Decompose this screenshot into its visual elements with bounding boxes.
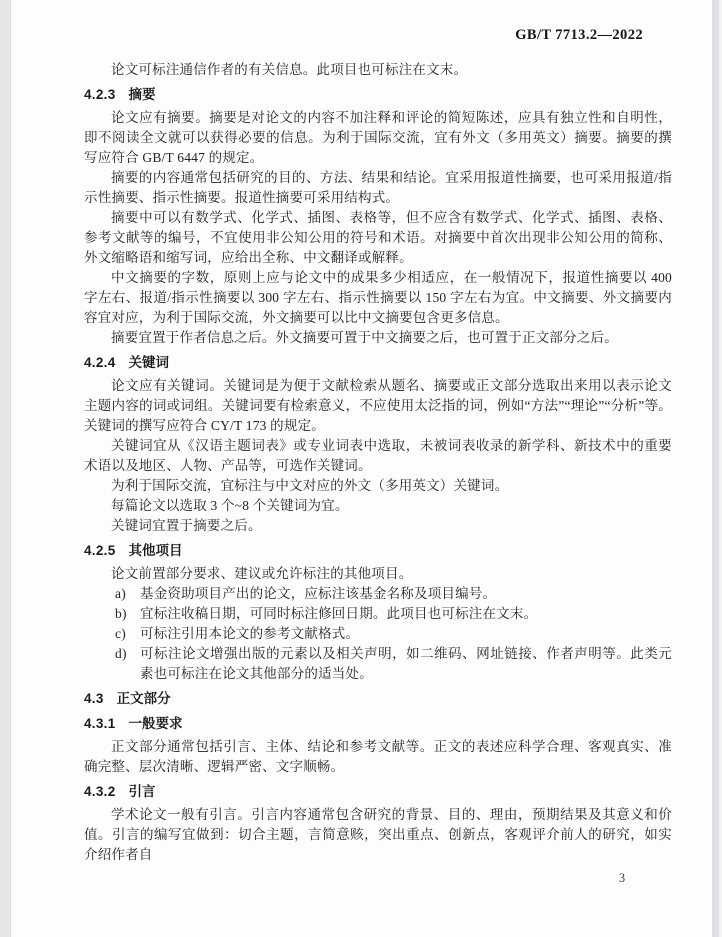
section-heading: 4.3正文部分 <box>84 689 672 709</box>
list-item-label: d) <box>115 644 127 664</box>
list-item: a)基金资助项目产出的论文，应标注该基金名称及项目编号。 <box>84 584 672 604</box>
section-heading: 4.3.1一般要求 <box>84 714 672 734</box>
section-heading: 4.2.3摘要 <box>84 85 672 105</box>
list-item-text: 宜标注收稿日期，可同时标注修回日期。此项目也可标注在文末。 <box>140 606 537 621</box>
section-number: 4.2.3 <box>84 85 116 105</box>
list-item-text: 可标注引用本论文的参考文献格式。 <box>140 626 359 641</box>
body-paragraph: 摘要中可以有数学式、化学式、插图、表格等，但不应含有数学式、化学式、插图、表格、… <box>84 208 672 268</box>
list-item: d)可标注论文增强出版的元素以及相关声明，如二维码、网址链接、作者声明等。此类元… <box>84 644 672 684</box>
section-title: 摘要 <box>129 87 156 102</box>
standard-number-header: GB/T 7713.2—2022 <box>515 27 643 44</box>
scan-edge-right <box>712 0 719 937</box>
section-title: 一般要求 <box>129 716 183 731</box>
body-paragraph: 摘要宜置于作者信息之后。外文摘要可置于中文摘要之后，也可置于正文部分之后。 <box>84 328 672 348</box>
body-paragraph: 关键词宜置于摘要之后。 <box>84 516 672 536</box>
list-item-text: 可标注论文增强出版的元素以及相关声明，如二维码、网址链接、作者声明等。此类元素也… <box>140 646 672 681</box>
body-paragraph: 正文部分通常包括引言、主体、结论和参考文献等。正文的表述应科学合理、客观真实、准… <box>84 737 672 777</box>
page-number: 3 <box>611 871 633 886</box>
list-item-label: b) <box>115 604 127 624</box>
list-item-label: a) <box>115 584 126 604</box>
body-paragraph: 摘要的内容通常包括研究的目的、方法、结果和结论。宜采用报道性摘要，也可采用报道/… <box>84 168 672 208</box>
section-title: 正文部分 <box>117 691 171 706</box>
section-heading: 4.2.5其他项目 <box>84 541 672 561</box>
body-paragraph: 每篇论文以选取 3 个~8 个关键词为宜。 <box>84 496 672 516</box>
section-number: 4.3.1 <box>84 714 116 734</box>
section-number: 4.3.2 <box>84 782 116 802</box>
body-paragraph: 学术论文一般有引言。引言内容通常包含研究的背景、目的、理由，预期结果及其意义和价… <box>84 805 672 865</box>
section-number: 4.2.5 <box>84 541 116 561</box>
body-paragraph: 论文应有关键词。关键词是为便于文献检索从题名、摘要或正文部分选取出来用以表示论文… <box>84 376 672 436</box>
section-number: 4.2.4 <box>84 353 116 373</box>
body-paragraph: 论文前置部分要求、建议或允许标注的其他项目。 <box>84 564 672 584</box>
list-item: b)宜标注收稿日期，可同时标注修回日期。此项目也可标注在文末。 <box>84 604 672 624</box>
document-body: 论文可标注通信作者的有关信息。此项目也可标注在文末。4.2.3摘要论文应有摘要。… <box>84 60 672 865</box>
list-item: c)可标注引用本论文的参考文献格式。 <box>84 624 672 644</box>
body-paragraph: 关键词宜从《汉语主题词表》或专业词表中选取，未被词表收录的新学科、新技术中的重要… <box>84 436 672 476</box>
list-item-text: 基金资助项目产出的论文，应标注该基金名称及项目编号。 <box>140 586 496 601</box>
list-item-label: c) <box>115 624 126 644</box>
section-title: 引言 <box>129 784 156 799</box>
scan-edge-left <box>0 0 11 937</box>
body-paragraph: 论文应有摘要。摘要是对论文的内容不加注释和评论的简短陈述，应具有独立性和自明性，… <box>84 108 672 168</box>
section-number: 4.3 <box>84 689 104 709</box>
section-heading: 4.2.4关键词 <box>84 353 672 373</box>
section-title: 关键词 <box>129 355 170 370</box>
section-title: 其他项目 <box>129 543 183 558</box>
section-heading: 4.3.2引言 <box>84 782 672 802</box>
body-paragraph: 中文摘要的字数，原则上应与论文中的成果多少相适应，在一般情况下，报道性摘要以 4… <box>84 268 672 328</box>
body-paragraph: 为利于国际交流，宜标注与中文对应的外文（多用英文）关键词。 <box>84 476 672 496</box>
body-paragraph: 论文可标注通信作者的有关信息。此项目也可标注在文末。 <box>84 60 672 80</box>
scanned-document-page: GB/T 7713.2—2022 论文可标注通信作者的有关信息。此项目也可标注在… <box>0 0 722 937</box>
